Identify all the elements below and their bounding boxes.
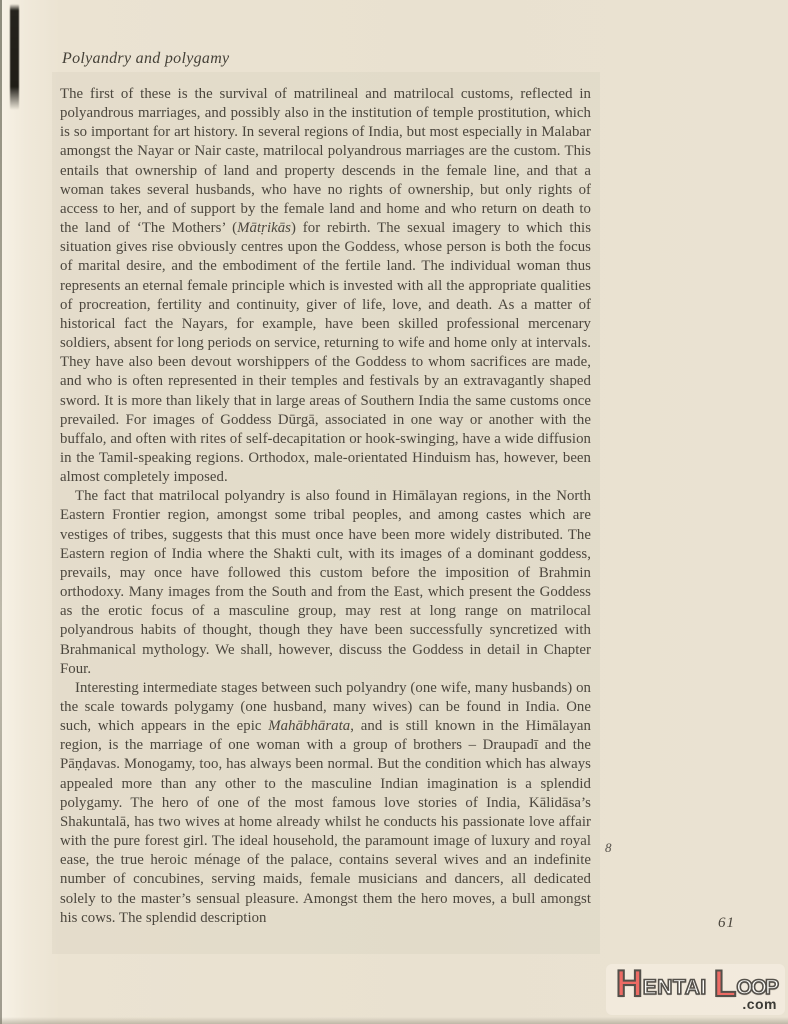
paragraph-3-text-cont: , and is still known in the Himālayan re… (60, 718, 591, 926)
paragraph-3-italic-term: Mahābhārata (268, 718, 350, 734)
watermark-initial-h: H (616, 969, 643, 999)
paragraph-2: The fact that matrilocal polyandry is al… (60, 487, 591, 679)
paragraph-3: Interesting intermediate stages between … (60, 679, 591, 928)
hentailoop-watermark-logo: HENTAI LOOP .com (606, 964, 785, 1015)
paragraph-1-italic-term: Mātṛikās (237, 220, 291, 236)
watermark-wordmark: HENTAI LOOP (616, 969, 777, 999)
margin-note: 8 (605, 840, 612, 856)
left-page-edge-line (0, 0, 2, 1024)
paragraph-1: The first of these is the survival of ma… (60, 85, 591, 487)
spine-shadow (10, 4, 19, 110)
watermark-entai: ENTAI (643, 977, 707, 999)
running-head: Polyandry and polygamy (62, 50, 229, 68)
book-page-scan: Polyandry and polygamy The first of thes… (0, 0, 788, 1024)
watermark-initial-l: L (714, 969, 737, 999)
paragraph-2-text: The fact that matrilocal polyandry is al… (60, 488, 591, 676)
paragraph-1-text: The first of these is the survival of ma… (60, 86, 591, 236)
body-text: The first of these is the survival of ma… (60, 85, 591, 928)
bottom-edge-shadow (0, 1017, 788, 1024)
page-number: 61 (718, 915, 735, 932)
paragraph-1-text-cont: ) for rebirth. The sexual imagery to whi… (60, 220, 591, 485)
